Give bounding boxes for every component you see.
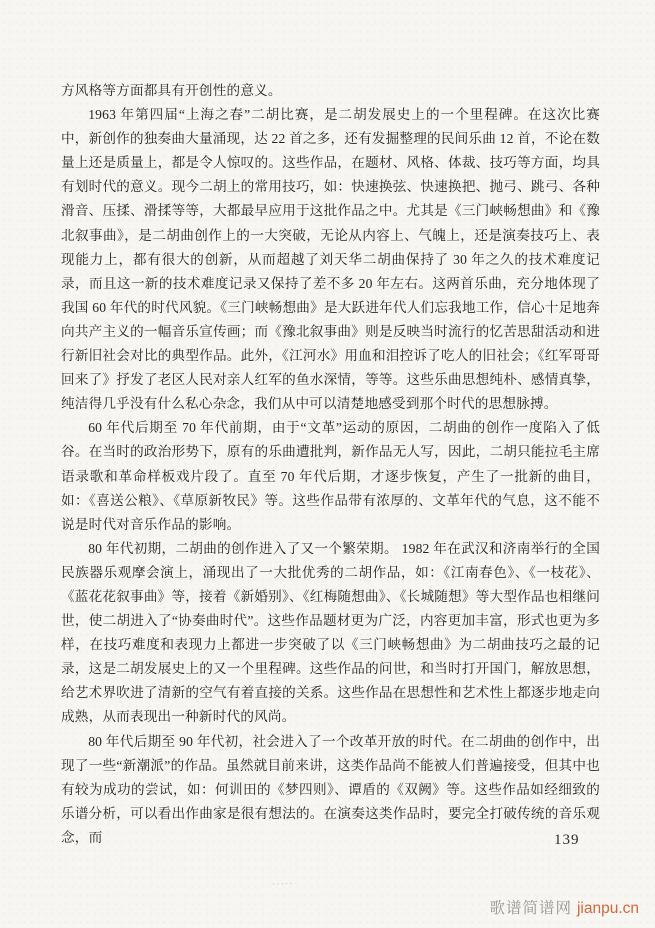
- paragraph-1963-shanghai-competition: 1963 年第四届“上海之春”二胡比赛，是二胡发展史上的一个里程碑。在这次比赛中…: [61, 103, 600, 416]
- watermark-site-name: 歌谱简谱网: [489, 900, 572, 917]
- page-text-block: 方风格等方面都具有开创性的意义。 1963 年第四届“上海之春”二胡比赛，是二胡…: [61, 79, 600, 850]
- watermark-site-url: jianpu.cn: [577, 900, 639, 917]
- scan-artifact-dots: ·····: [272, 879, 294, 891]
- paragraph-continuation: 方风格等方面都具有开创性的意义。: [61, 79, 600, 103]
- page-number: 139: [554, 832, 580, 849]
- paragraph-new-wave-works: 80 年代后期至 90 年代初，社会进入了一个改革开放的时代。在二胡曲的创作中，…: [61, 730, 600, 850]
- paragraph-1980s-prosperity: 80 年代初期，二胡曲的创作进入了又一个繁荣期。 1982 年在武汉和济南举行的…: [61, 537, 600, 730]
- paragraph-cultural-revolution-period: 60 年代后期至 70 年代前期，由于“文革”运动的原因，二胡曲的创作一度陷入了…: [61, 416, 600, 536]
- scanned-book-page: 方风格等方面都具有开创性的意义。 1963 年第四届“上海之春”二胡比赛，是二胡…: [0, 0, 655, 928]
- site-watermark: 歌谱简谱网jianpu.cn: [489, 896, 639, 918]
